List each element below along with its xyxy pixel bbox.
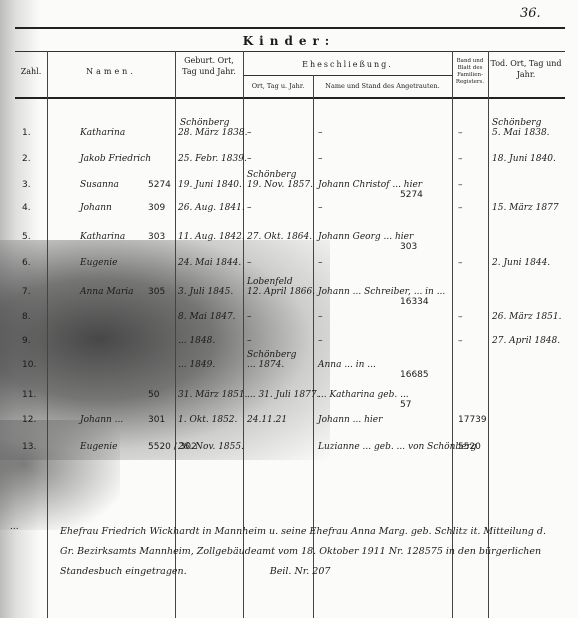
register-volume: – (458, 312, 463, 322)
header-zahl: Zahl. (15, 66, 47, 77)
register-volume: – (458, 336, 463, 346)
death-date: 18. Juni 1840. (492, 154, 556, 164)
marriage-place: Schönberg (247, 170, 296, 180)
name-ref: 5274 (148, 180, 171, 190)
death-date: 26. März 1851. (492, 312, 561, 322)
spouse-name: – (318, 154, 323, 164)
register-volume: – (458, 203, 463, 213)
top-rule (15, 27, 565, 29)
name-ref: 303 (148, 232, 165, 242)
register-volume: – (458, 258, 463, 268)
birth-place: Schönberg (180, 118, 229, 128)
row-number: 9. (22, 336, 31, 346)
birth-date: 11. Aug. 1842. (178, 232, 245, 242)
birth-date: 3. Juli 1845. (178, 287, 233, 297)
row-number: 8. (22, 312, 31, 322)
page-stain-left (0, 0, 40, 618)
birth-date: 26. Aug. 1841. (178, 203, 245, 213)
row-number: 11. (22, 390, 36, 400)
footnote-side-label: ... (10, 522, 19, 532)
register-volume: 5520 (458, 442, 481, 452)
spouse-name: Luzianne ... geb. ... von Schönberg (318, 442, 477, 452)
row-number: 2. (22, 154, 31, 164)
marriage-date: – (247, 336, 252, 346)
row-number: 5. (22, 232, 31, 242)
footnote-text: Ehefrau Friedrich Wickhardt in Mannheim … (60, 522, 560, 582)
marriage-date: – (247, 154, 252, 164)
col-divider (47, 51, 48, 618)
spouse-name: Johann ... Schreiber, ... in ... (318, 287, 445, 297)
spouse-ref: 303 (400, 242, 417, 252)
spouse-name: Johann Georg ... hier (318, 232, 413, 242)
child-name: Katharina (80, 232, 125, 242)
death-date: 15. März 1877 (492, 203, 559, 213)
birth-date: 26. Nov. 1855. (178, 442, 244, 452)
death-date: 2. Juni 1844. (492, 258, 550, 268)
child-name: Johann ... (80, 415, 123, 425)
header-band: Band und Blatt des Familien-Registers. (453, 58, 487, 86)
row-number: 13. (22, 442, 36, 452)
birth-date: ... 1848. (178, 336, 215, 346)
section-title: Kinder: (0, 34, 578, 48)
child-name: Susanna (80, 180, 119, 190)
marriage-place: Lobenfeld (247, 277, 293, 287)
child-name: Anna Maria (80, 287, 133, 297)
spouse-name: – (318, 258, 323, 268)
marriage-date: – (247, 258, 252, 268)
birth-date: 8. Mai 1847. (178, 312, 236, 322)
birth-date: 1. Okt. 1852. (178, 415, 237, 425)
birth-date: 28. März 1838. (178, 128, 247, 138)
death-date: 27. April 1848. (492, 336, 560, 346)
spouse-name: – (318, 203, 323, 213)
spouse-ref: 16334 (400, 297, 429, 307)
row-number: 6. (22, 258, 31, 268)
spouse-ref: 16685 (400, 370, 429, 380)
child-name: Jakob Friedrich (80, 154, 151, 164)
spouse-name: Johann ... hier (318, 415, 382, 425)
spouse-name: Anna ... in ... (318, 360, 376, 370)
register-volume: – (458, 128, 463, 138)
spouse-ref: 5274 (400, 190, 423, 200)
row-number: 10. (22, 360, 36, 370)
name-ref: 305 (148, 287, 165, 297)
birth-date: ... 1849. (178, 360, 215, 370)
page-number: 36. (520, 6, 541, 21)
header-top-rule (15, 51, 565, 52)
birth-date: 25. Febr. 1839. (178, 154, 247, 164)
marriage-date: – (247, 128, 252, 138)
header-ehe-name: Name und Stand des Angetrauten. (313, 81, 452, 92)
marriage-date: 19. Nov. 1857. (247, 180, 313, 190)
spouse-name: Johann Christof ... hier (318, 180, 422, 190)
header-tod: Tod. Ort, Tag und Jahr. (490, 58, 562, 80)
spouse-name: ... Katharina geb. ... (318, 390, 409, 400)
child-name: Johann (80, 203, 112, 213)
header-bottom-rule (15, 97, 565, 99)
child-name: Eugenie (80, 442, 117, 452)
marriage-place: Schönberg (247, 350, 296, 360)
header-ehe-ort: Ort, Tag u. Jahr. (243, 81, 313, 92)
marriage-date: 24.11.21 (247, 415, 287, 425)
row-number: 12. (22, 415, 36, 425)
ehe-subheader-rule (243, 75, 452, 76)
register-volume: – (458, 180, 463, 190)
header-geburt: Geburt. Ort, Tag und Jahr. (178, 55, 240, 77)
spouse-ref: 57 (400, 400, 411, 410)
birth-date: 24. Mai 1844. (178, 258, 241, 268)
header-namen: Namen. (47, 66, 175, 77)
marriage-date: ... 1874. (247, 360, 284, 370)
row-number: 1. (22, 128, 31, 138)
row-number: 3. (22, 180, 31, 190)
child-name: Katharina (80, 128, 125, 138)
name-ref: 301 (148, 415, 165, 425)
spouse-name: – (318, 128, 323, 138)
register-volume: 17739 (458, 415, 487, 425)
page-stain-lower (0, 420, 120, 530)
name-ref: 309 (148, 203, 165, 213)
spouse-name: – (318, 336, 323, 346)
header-eheschliessung: Eheschließung. (243, 59, 452, 70)
marriage-date: 12. April 1866. (247, 287, 315, 297)
footnote-ref: Beil. Nr. 207 (270, 566, 331, 577)
row-number: 7. (22, 287, 31, 297)
row-number: 4. (22, 203, 31, 213)
marriage-date: ... 31. Juli 1877. (247, 390, 319, 400)
marriage-date: 27. Okt. 1864. (247, 232, 312, 242)
death-date: 5. Mai 1838. (492, 128, 550, 138)
child-name: Eugenie (80, 258, 117, 268)
birth-date: 31. März 1851. (178, 390, 247, 400)
birth-date: 19. Juni 1840. (178, 180, 242, 190)
name-ref: 50 (148, 390, 159, 400)
spouse-name: – (318, 312, 323, 322)
death-place: Schönberg (492, 118, 541, 128)
marriage-date: – (247, 312, 252, 322)
register-volume: – (458, 154, 463, 164)
marriage-date: – (247, 203, 252, 213)
